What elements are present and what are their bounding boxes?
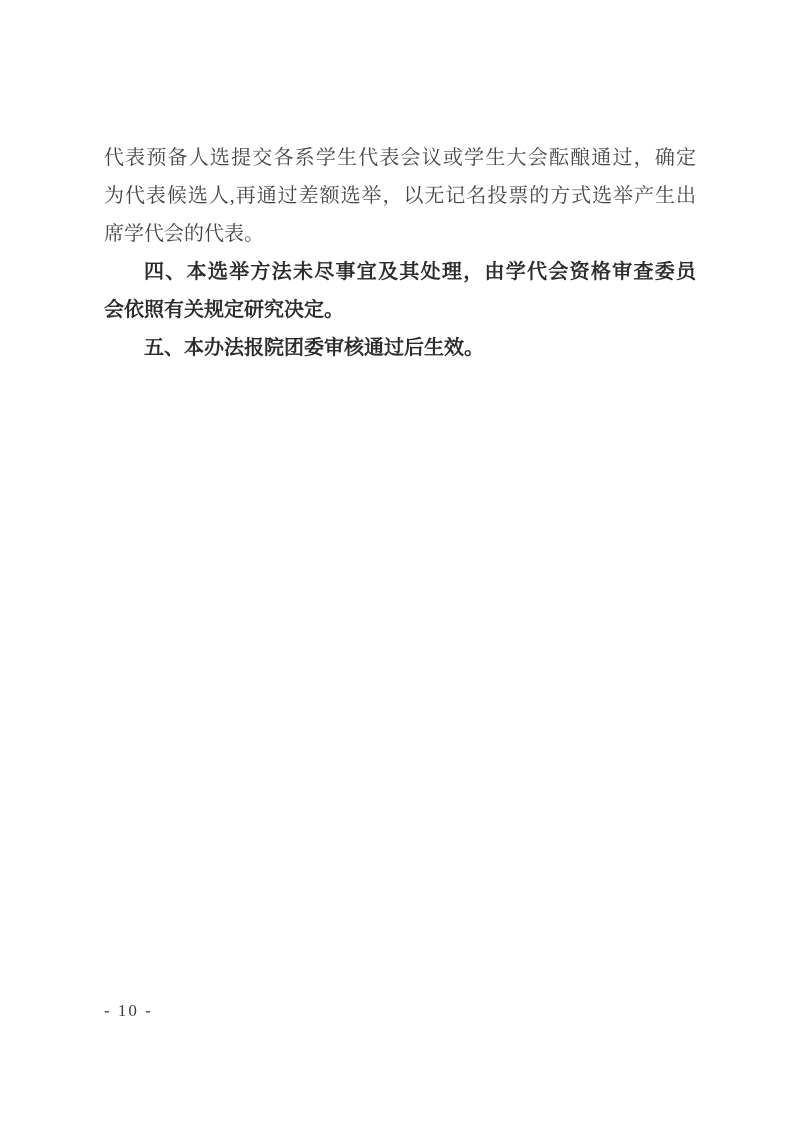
page: 代表预备人选提交各系学生代表会议或学生大会酝酿通过，确定 为代表候选人,再通过差…: [0, 0, 793, 1122]
paragraph-line: 会依照有关规定研究决定。: [104, 291, 696, 329]
page-number: - 10 -: [104, 1000, 153, 1022]
paragraph-line: 代表预备人选提交各系学生代表会议或学生大会酝酿通过，确定: [104, 139, 696, 177]
paragraph-line: 席学代会的代表。: [104, 215, 696, 253]
paragraph-line-item-four: 四、本选举方法未尽事宜及其处理，由学代会资格审查委员: [104, 253, 696, 291]
paragraph-line-item-five: 五、本办法报院团委审核通过后生效。: [104, 329, 696, 367]
document-page: { "document": { "body": { "lines": [ { "…: [0, 0, 793, 1122]
body-text: 代表预备人选提交各系学生代表会议或学生大会酝酿通过，确定 为代表候选人,再通过差…: [104, 139, 696, 367]
paragraph-line: 为代表候选人,再通过差额选举，以无记名投票的方式选举产生出: [104, 177, 696, 215]
